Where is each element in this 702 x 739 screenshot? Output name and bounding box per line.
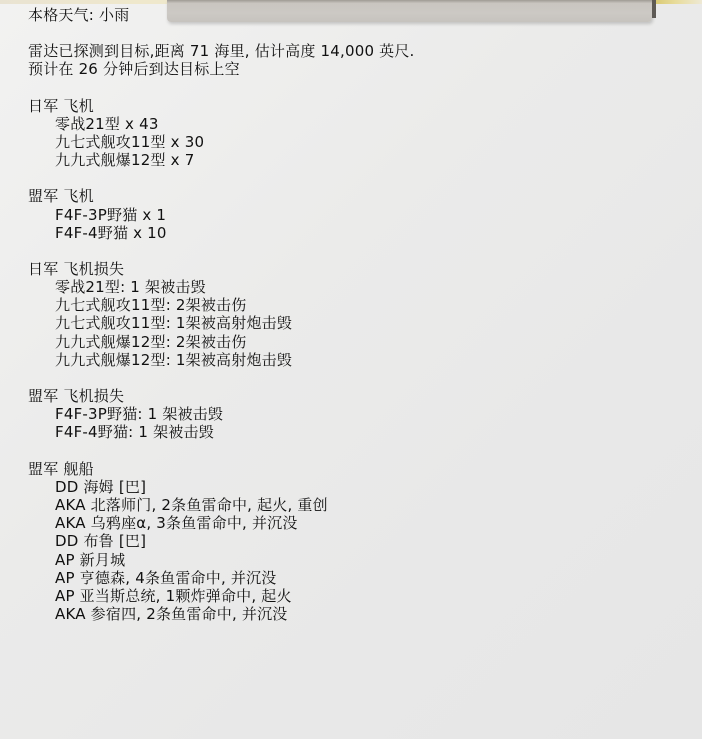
spacer — [28, 369, 415, 387]
list-item: AP 新月城 — [28, 551, 415, 569]
japanese-losses-section: 日军 飞机损失 零战21型: 1 架被击毁 九七式舰攻11型: 2架被击伤 九七… — [28, 260, 415, 369]
spacer — [28, 442, 415, 460]
list-item: F4F-3P野猫 x 1 — [28, 206, 415, 224]
list-item: 零战21型 x 43 — [28, 115, 415, 133]
radar-eta-line: 预计在 26 分钟后到达目标上空 — [28, 60, 415, 78]
list-item: DD 海姆 [巴] — [28, 478, 415, 496]
allied-losses-section: 盟军 飞机损失 F4F-3P野猫: 1 架被击毁 F4F-4野猫: 1 架被击毁 — [28, 387, 415, 442]
spacer — [28, 79, 415, 97]
list-item: 九九式舰爆12型 x 7 — [28, 151, 415, 169]
list-item: AKA 乌鸦座α, 3条鱼雷命中, 并沉没 — [28, 514, 415, 532]
list-item: F4F-3P野猫: 1 架被击毁 — [28, 405, 415, 423]
list-item: 九七式舰攻11型: 1架被高射炮击毁 — [28, 314, 415, 332]
section-heading: 盟军 舰船 — [28, 460, 415, 478]
list-item: AKA 参宿四, 2条鱼雷命中, 并沉没 — [28, 605, 415, 623]
list-item: DD 布鲁 [巴] — [28, 532, 415, 550]
section-heading: 盟军 飞机 — [28, 187, 415, 205]
clip-accent-decoration — [650, 0, 702, 4]
section-heading: 日军 飞机损失 — [28, 260, 415, 278]
list-item: AP 亚当斯总统, 1颗炸弹命中, 起火 — [28, 587, 415, 605]
list-item: AP 亨德森, 4条鱼雷命中, 并沉没 — [28, 569, 415, 587]
section-heading: 盟军 飞机损失 — [28, 387, 415, 405]
list-item: 零战21型: 1 架被击毁 — [28, 278, 415, 296]
combat-report: 本格天气: 小雨 雷达已探测到目标,距离 71 海里, 估计高度 14,000 … — [28, 6, 415, 623]
japanese-aircraft-section: 日军 飞机 零战21型 x 43 九七式舰攻11型 x 30 九九式舰爆12型 … — [28, 97, 415, 170]
radar-detection-line: 雷达已探测到目标,距离 71 海里, 估计高度 14,000 英尺. — [28, 42, 415, 60]
spacer — [28, 242, 415, 260]
spacer — [28, 169, 415, 187]
allied-aircraft-section: 盟军 飞机 F4F-3P野猫 x 1 F4F-4野猫 x 10 — [28, 187, 415, 242]
list-item: F4F-4野猫: 1 架被击毁 — [28, 423, 415, 441]
list-item: 九七式舰攻11型 x 30 — [28, 133, 415, 151]
spacer — [28, 24, 415, 42]
list-item: 九七式舰攻11型: 2架被击伤 — [28, 296, 415, 314]
list-item: 九九式舰爆12型: 2架被击伤 — [28, 333, 415, 351]
allied-ships-section: 盟军 舰船 DD 海姆 [巴] AKA 北落师门, 2条鱼雷命中, 起火, 重创… — [28, 460, 415, 624]
list-item: F4F-4野猫 x 10 — [28, 224, 415, 242]
list-item: AKA 北落师门, 2条鱼雷命中, 起火, 重创 — [28, 496, 415, 514]
section-heading: 日军 飞机 — [28, 97, 415, 115]
list-item: 九九式舰爆12型: 1架被高射炮击毁 — [28, 351, 415, 369]
weather-line: 本格天气: 小雨 — [28, 6, 415, 24]
